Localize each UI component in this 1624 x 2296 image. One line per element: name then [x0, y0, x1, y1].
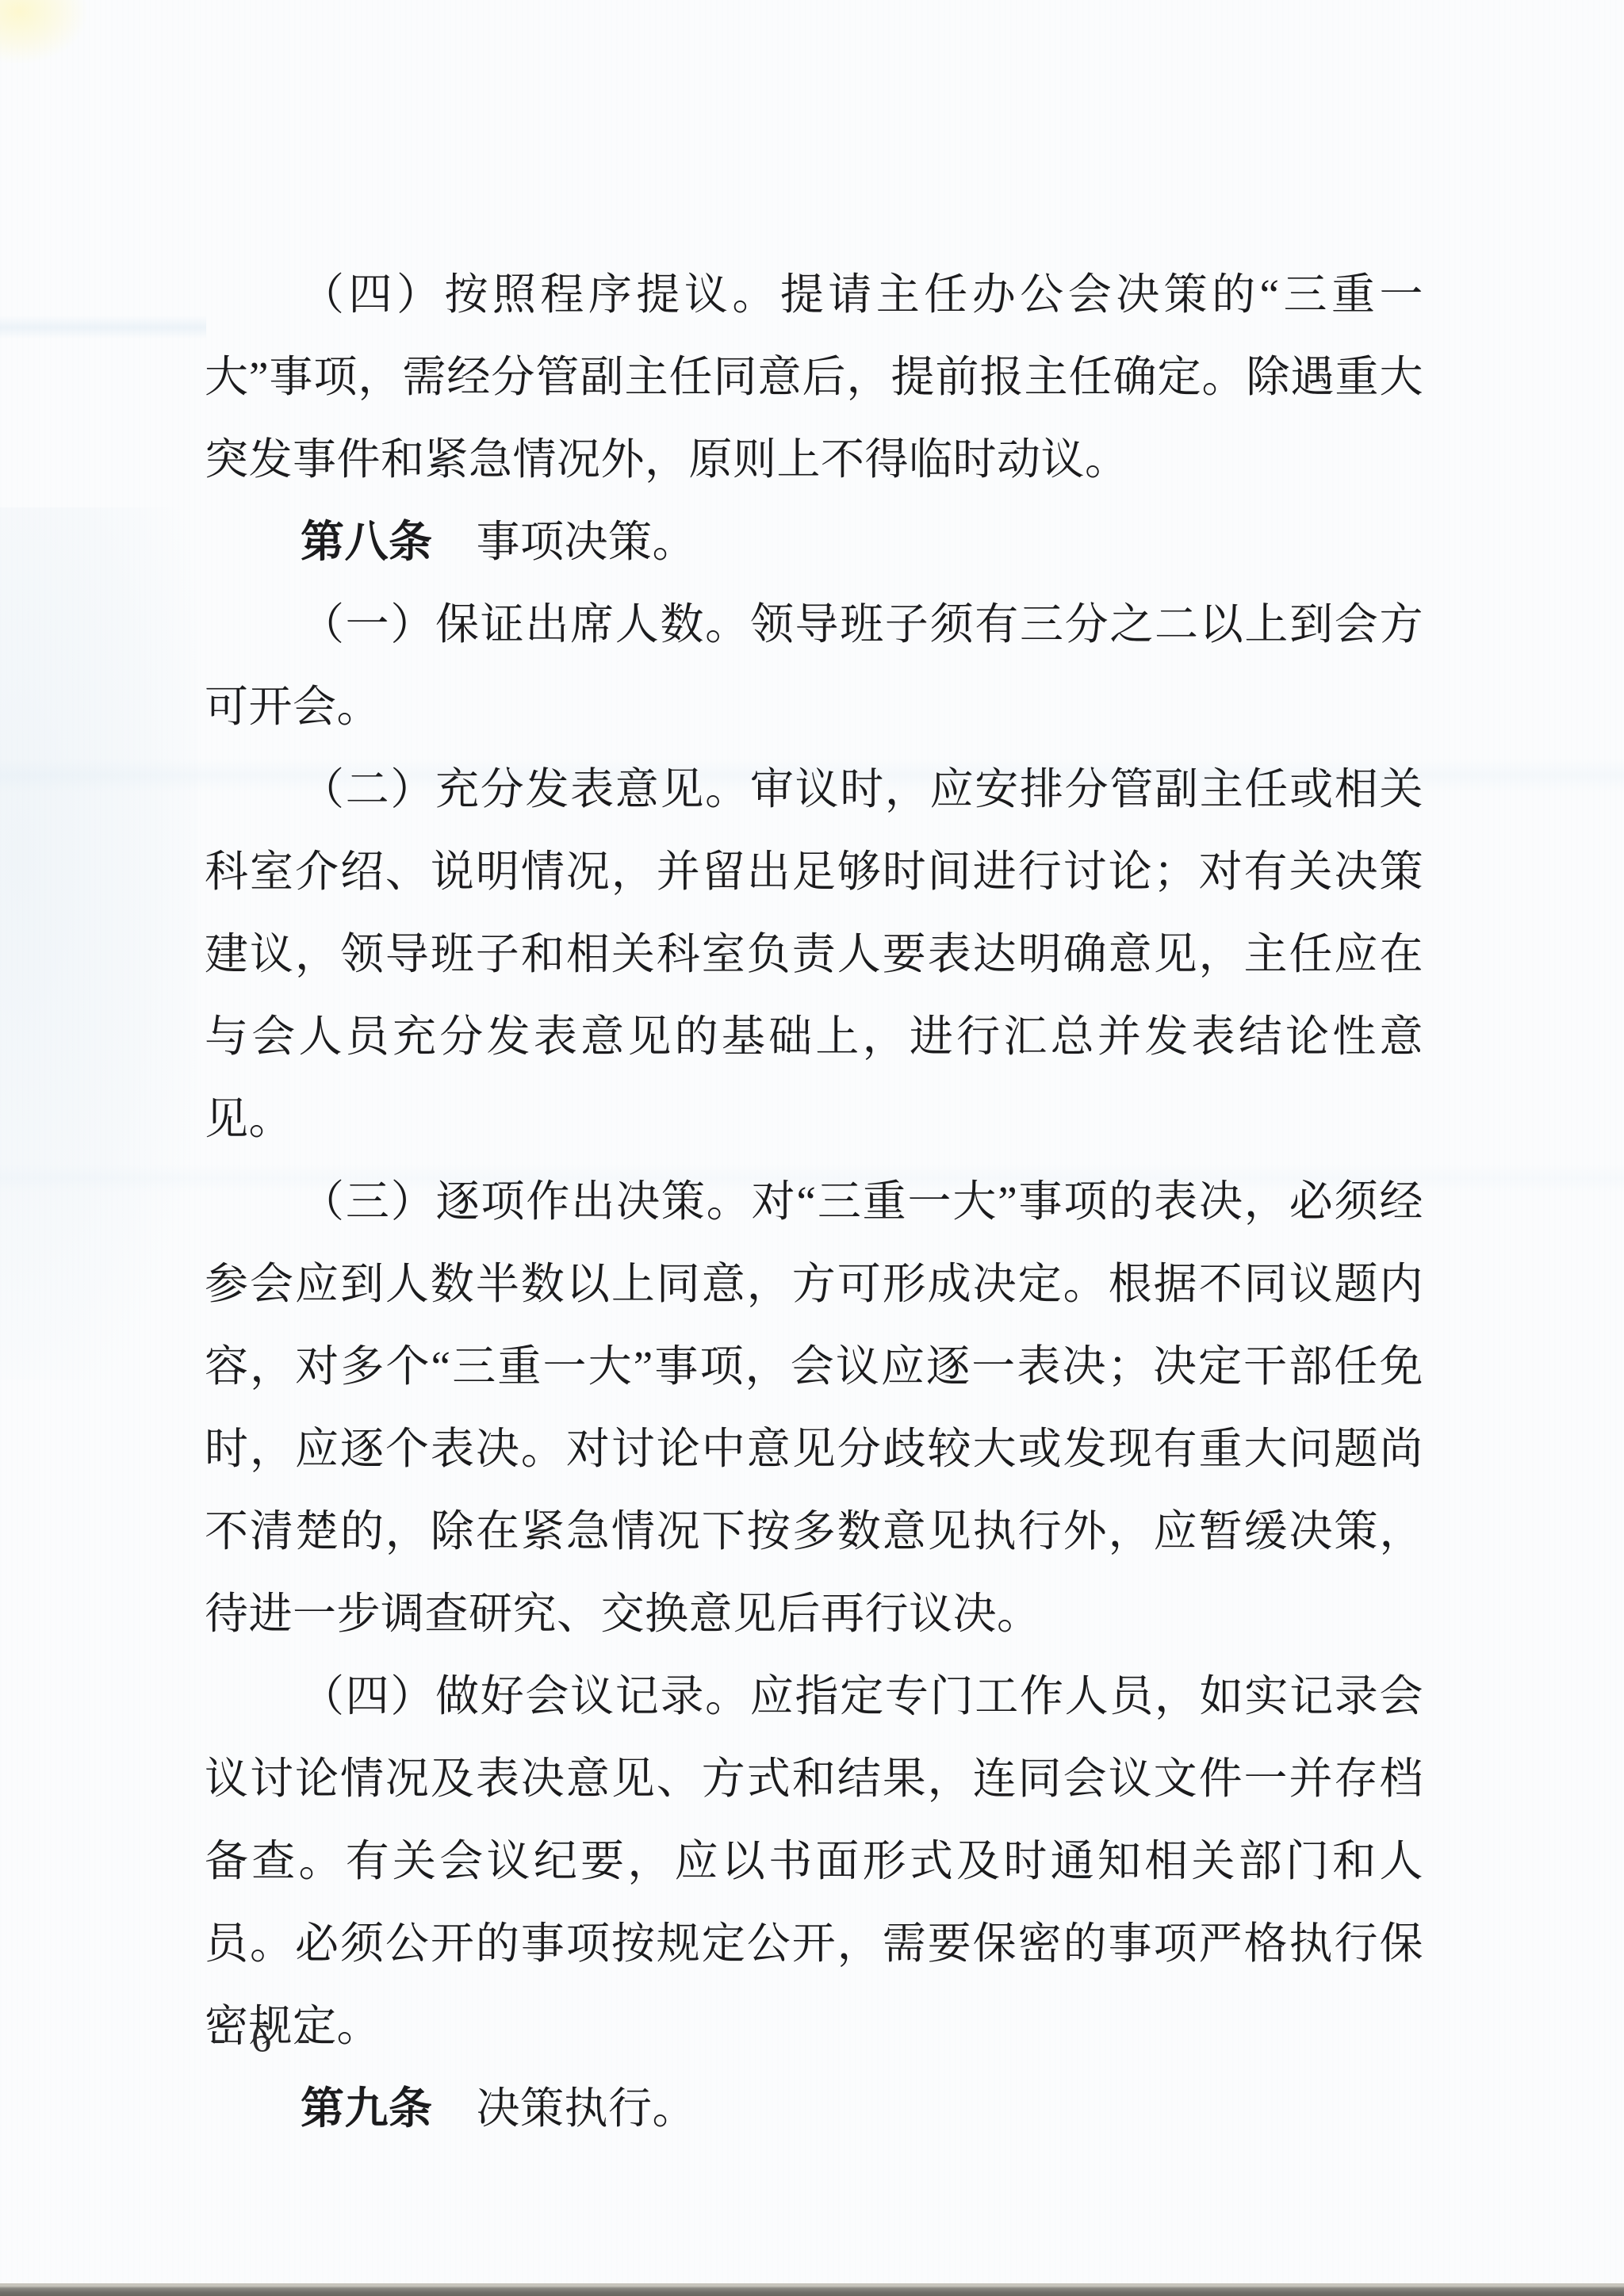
scan-corner-stain	[0, 0, 87, 63]
body-paragraph: （二）充分发表意见。审议时，应安排分管副主任或相关科室介绍、说明情况，并留出足够…	[205, 748, 1423, 1161]
body-paragraph: （四）做好会议记录。应指定专门工作人员，如实记录会议讨论情况及表决意见、方式和结…	[205, 1655, 1423, 2068]
article-number: 第九条	[301, 2084, 433, 2133]
document-body: （四）按照程序提议。提请主任办公会决策的“三重一大”事项，需经分管副主任同意后，…	[205, 254, 1423, 2150]
body-paragraph: （三）逐项作出决策。对“三重一大”事项的表决，必须经参会应到人数半数以上同意，方…	[205, 1161, 1423, 1655]
article-heading: 第八条事项决策。	[205, 501, 1423, 584]
page-number: - 6 -	[213, 2014, 318, 2061]
scan-streak-artifact	[0, 316, 206, 339]
article-title: 事项决策。	[477, 518, 697, 566]
article-number: 第八条	[301, 518, 433, 566]
body-paragraph: （一）保证出席人数。领导班子须有三分之二以上到会方可开会。	[205, 584, 1423, 748]
body-paragraph: （四）按照程序提议。提请主任办公会决策的“三重一大”事项，需经分管副主任同意后，…	[205, 254, 1423, 501]
scan-bottom-edge	[0, 2283, 1624, 2296]
article-title: 决策执行。	[477, 2084, 697, 2133]
scanned-page: （四）按照程序提议。提请主任办公会决策的“三重一大”事项，需经分管副主任同意后，…	[0, 0, 1624, 2296]
scan-shadow-wash	[0, 507, 198, 1380]
article-heading: 第九条决策执行。	[205, 2068, 1423, 2150]
